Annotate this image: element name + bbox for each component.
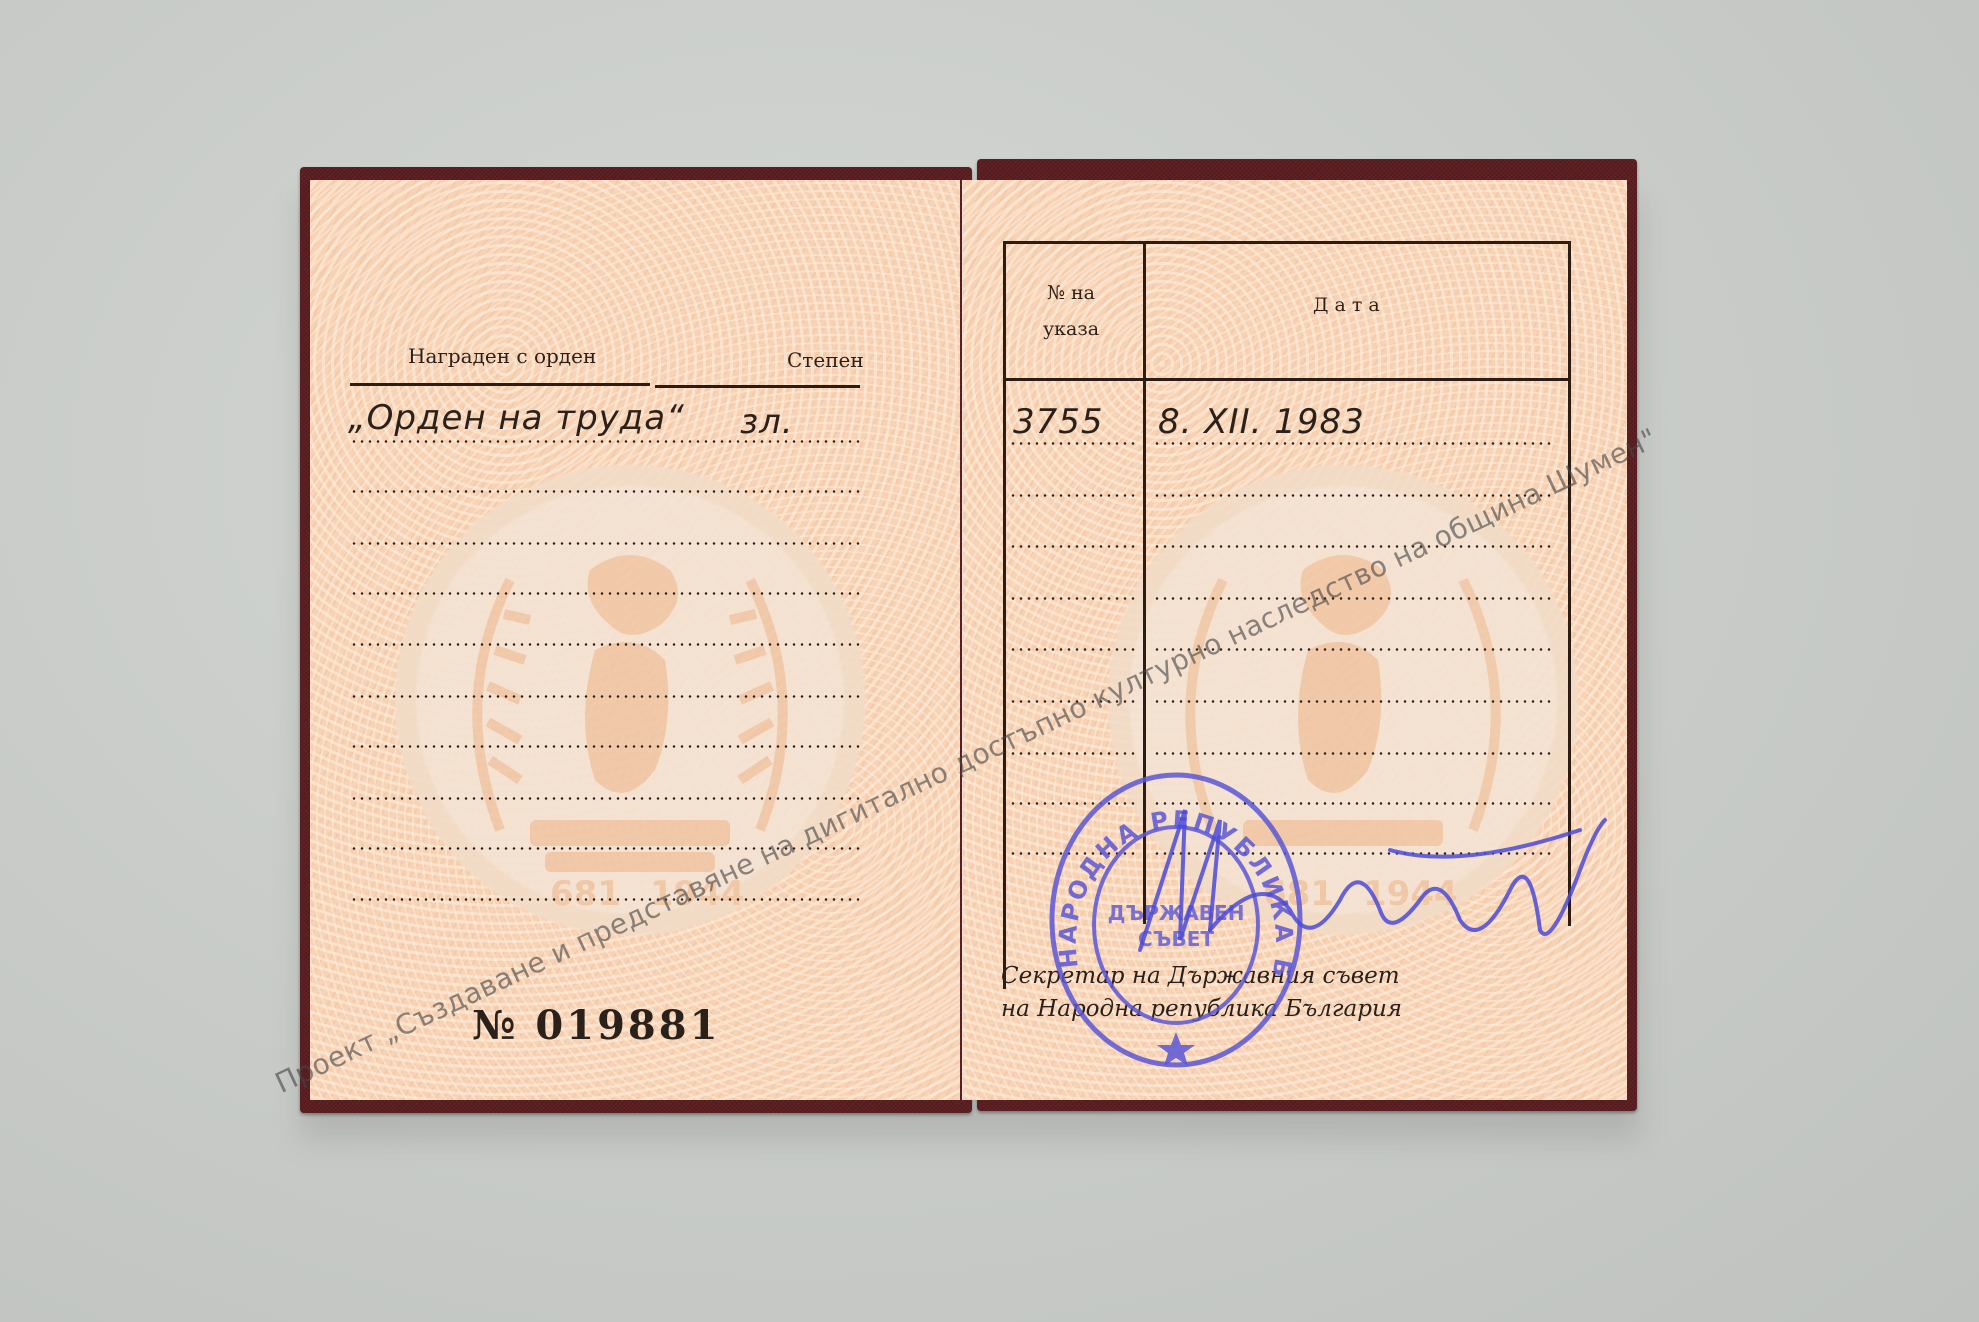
- dotted-row: [1009, 545, 1139, 548]
- date-column-label: Д а т а: [1313, 294, 1380, 316]
- award-column-label: Награден с орден: [408, 344, 596, 368]
- award-entry: „Орден на труда“: [348, 398, 685, 438]
- dotted-row: [1153, 442, 1553, 445]
- degree-entry: зл.: [740, 402, 794, 442]
- dotted-row: [350, 643, 860, 646]
- dotted-row: [350, 898, 860, 901]
- state-emblem-watermark-icon: 681 1944: [380, 450, 880, 950]
- dotted-row: [1009, 752, 1139, 755]
- dotted-row: [350, 440, 860, 443]
- dotted-row: [350, 490, 860, 493]
- signature-caption-line1: Секретар на Държавния съвет: [1001, 960, 1402, 993]
- degree-header-rule: [655, 385, 860, 388]
- dotted-row: [350, 745, 860, 748]
- serial-number: № 019881: [472, 1002, 720, 1049]
- table-right-border: [1568, 241, 1571, 926]
- dotted-row: [1153, 545, 1553, 548]
- dotted-row: [350, 695, 860, 698]
- right-page: 681 1944 № на указа Д а т а 3755 8. XII.…: [963, 180, 1627, 1100]
- table-left-border: [1003, 244, 1006, 989]
- table-top-rule: [1003, 241, 1568, 244]
- degree-column-label: Степен: [787, 348, 864, 372]
- svg-text:1944: 1944: [650, 874, 745, 914]
- left-page: 681 1944 Награден с орден Степен „Орден …: [310, 180, 960, 1100]
- decree-column-label-line2: указа: [1043, 318, 1099, 340]
- dotted-row: [1009, 802, 1139, 805]
- svg-text:1944: 1944: [1363, 874, 1458, 914]
- award-header-rule: [350, 383, 650, 386]
- decree-number-entry: 3755: [1013, 402, 1104, 442]
- dotted-row: [1009, 442, 1139, 445]
- dotted-row: [1009, 700, 1139, 703]
- dotted-row: [350, 847, 860, 850]
- dotted-row: [350, 542, 860, 545]
- dotted-row: [1009, 597, 1139, 600]
- dotted-row: [1153, 752, 1553, 755]
- dotted-row: [1009, 852, 1139, 855]
- dotted-row: [350, 592, 860, 595]
- dotted-row: [1153, 700, 1553, 703]
- serial-value: 019881: [535, 1002, 720, 1049]
- table-header-rule: [1003, 378, 1568, 381]
- dotted-row: [1153, 494, 1553, 497]
- dotted-row: [350, 797, 860, 800]
- svg-text:681: 681: [550, 874, 621, 914]
- dotted-row: [1009, 648, 1139, 651]
- dotted-row: [1153, 597, 1553, 600]
- dotted-row: [1153, 852, 1553, 855]
- dotted-row: [1009, 494, 1139, 497]
- decree-column-label-line1: № на: [1047, 282, 1095, 304]
- signature-caption-line2: на Народна република България: [1001, 993, 1402, 1026]
- decree-date-entry: 8. XII. 1983: [1158, 402, 1365, 442]
- dotted-row: [1153, 802, 1553, 805]
- dotted-row: [1153, 648, 1553, 651]
- serial-prefix: №: [472, 1002, 518, 1049]
- signature-caption: Секретар на Държавния съвет на Народна р…: [1001, 960, 1402, 1026]
- svg-text:681: 681: [1263, 874, 1334, 914]
- table-column-divider: [1143, 244, 1146, 924]
